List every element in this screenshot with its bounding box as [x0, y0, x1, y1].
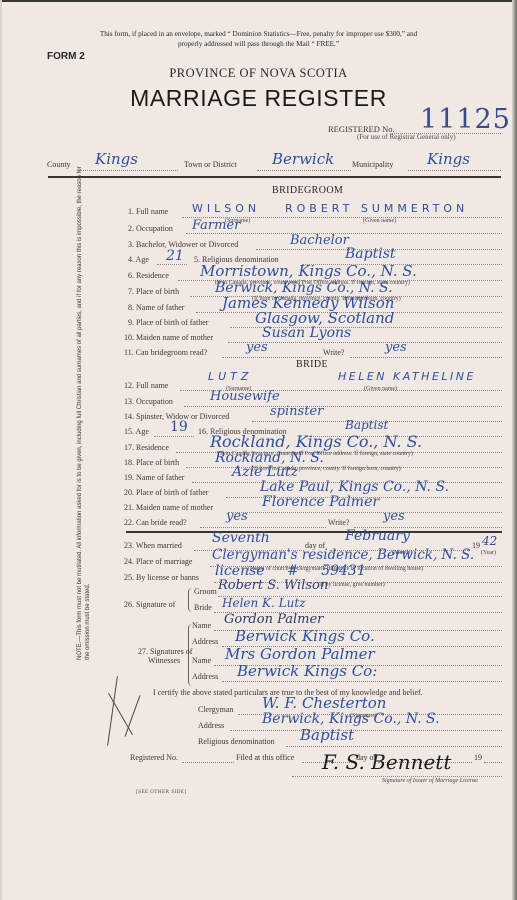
bride-mother-label: 21. Maiden name of mother [124, 503, 213, 512]
groom-read: yes [246, 340, 268, 355]
issuer-signature: F. S. Bennett [322, 750, 451, 774]
bride-occupation-label: 13. Occupation [124, 397, 173, 406]
groom-mother-line [228, 342, 502, 343]
groom-residence-label: 6. Residence [128, 271, 169, 280]
groom-father-birthplace-label: 9. Place of birth of father [128, 318, 208, 327]
bride-father: Azie Lutz [232, 464, 298, 480]
groom-mother: Susan Lyons [262, 325, 351, 341]
bride-residence: Rockland, Kings Co., N. S. [210, 432, 422, 451]
registered-no-value: 11125 [420, 104, 511, 135]
bride-birthplace-label: 18. Place of birth [124, 458, 179, 467]
bride-given-name: HELEN KATHELINE [338, 370, 476, 383]
footer-year-prefix: 19 [474, 753, 482, 762]
clergyman-signature: W. F. Chesterton [262, 694, 386, 712]
footer-registered-no-line [182, 762, 234, 763]
registrar-check-mark-stroke-2 [125, 695, 141, 737]
license-number: license # 59431 [215, 563, 366, 579]
marriage-month: February [345, 528, 410, 544]
bride-father-birthplace-label: 20. Place of birth of father [124, 488, 208, 497]
bride-mother: Florence Palmer [262, 494, 379, 510]
bride-status: spinster [270, 404, 323, 419]
groom-full-name-label: 1. Full name [128, 207, 168, 216]
clergyman-religion-label: Religious denomination [198, 737, 275, 746]
signature-of-label: 26. Signature of [124, 600, 175, 609]
bride-age: 19 [170, 419, 188, 435]
groom-write-line [350, 357, 502, 358]
mail-notice-line2: properly addressed will pass through the… [0, 39, 517, 49]
scan-edge-top [0, 0, 517, 2]
when-married-label: 23. When married [124, 541, 182, 550]
marriage-day: Seventh [212, 530, 270, 546]
witness1-address-label: Address [192, 637, 218, 646]
groom-write: yes [385, 340, 407, 355]
bride-signature: Helen K. Lutz [222, 596, 305, 610]
bride-residence-label: 17. Residence [124, 443, 169, 452]
groom-occupation-label: 2. Occupation [128, 224, 173, 233]
clergyman-address-label: Address [198, 721, 224, 730]
marriage-year: 42 [482, 534, 497, 548]
town-label: Town or District [184, 160, 237, 169]
groom-father-label: 8. Name of father [128, 303, 184, 312]
groom-write-label: Write? [323, 348, 344, 357]
issuer-caption: Signature of Issuer of Marriage License [382, 778, 478, 784]
clergyman-address-line [230, 730, 502, 731]
witness2-name: Mrs Gordon Palmer [225, 645, 375, 663]
groom-given-name: ROBERT SUMMERTON [285, 202, 468, 215]
groom-given-caption: (Given name) [363, 218, 396, 224]
bride-full-name-label: 12. Full name [124, 381, 168, 390]
witnesses-label-1: 27. Signatures of [138, 647, 192, 656]
clergyman-religion: Baptist [300, 726, 354, 744]
groom-read-line [222, 357, 322, 358]
witness2-address-label: Address [192, 672, 218, 681]
side-note: NOTE.—This form must not be mutilated. A… [76, 160, 92, 660]
groom-signature-label: Groom [194, 587, 217, 596]
town-line [257, 170, 351, 171]
groom-surname: WILSON [192, 202, 260, 215]
witness1-name-label: Name [192, 621, 211, 630]
groom-signature: Robert S. Wilson [218, 578, 328, 593]
groom-age-label: 4. Age [128, 255, 149, 264]
bride-occupation-line [184, 406, 502, 407]
county-label: County [47, 160, 71, 169]
province-heading: PROVINCE OF NOVA SCOTIA [0, 66, 517, 81]
clergyman-address: Berwick, Kings Co., N. S. [262, 711, 440, 727]
bride-age-line [154, 436, 194, 437]
groom-age: 21 [166, 248, 184, 264]
mail-notice-line1: This form, if placed in an envelope, mar… [0, 29, 517, 39]
year-caption: (Year) [481, 550, 496, 556]
bride-surname: LUTZ [208, 370, 252, 383]
groom-mother-label: 10. Maiden name of mother [124, 333, 213, 342]
town-value: Berwick [272, 150, 334, 168]
groom-occupation: Farmer [192, 218, 240, 233]
municipality-label: Municipality [352, 160, 393, 169]
bride-age-label: 15. Age [124, 427, 149, 436]
scan-edge-left [0, 0, 2, 900]
bridegroom-heading: BRIDEGROOM [272, 185, 343, 196]
witness1-name: Gordon Palmer [224, 612, 323, 627]
municipality-value: Kings [427, 150, 470, 168]
groom-residence: Morristown, Kings Co., N. S. [200, 262, 417, 280]
header-divider [48, 176, 501, 178]
bride-write-label: Write? [328, 518, 349, 527]
bride-given-caption: (Given name) [364, 386, 397, 392]
footer-year-line [484, 762, 502, 763]
bride-heading: BRIDE [296, 359, 328, 370]
county-line [78, 170, 178, 171]
bride-mother-line [228, 512, 502, 513]
bride-read-line [200, 527, 326, 528]
registrar-check-mark [107, 676, 118, 745]
clergyman-label: Clergyman [198, 705, 233, 714]
witness1-address: Berwick Kings Co. [235, 627, 375, 645]
groom-religion: Baptist [345, 246, 396, 262]
signature-brace [188, 588, 193, 612]
clergyman-religion-line [286, 746, 502, 747]
place-of-marriage-label: 24. Place of marriage [124, 557, 192, 566]
bride-read-label: 22. Can bride read? [124, 518, 187, 527]
place-of-marriage: Clergyman's residence, Berwick, N. S. [212, 547, 474, 563]
form-number: FORM 2 [47, 51, 85, 62]
witness2-name-label: Name [192, 656, 211, 665]
groom-status: Bachelor [290, 233, 349, 248]
bride-father-label: 19. Name of father [124, 473, 184, 482]
bride-read: yes [226, 509, 248, 524]
county-value: Kings [95, 150, 138, 168]
groom-birthplace-label: 7. Place of birth [128, 287, 179, 296]
bride-write: yes [383, 509, 405, 524]
filed-label: Filed at this office [236, 753, 294, 762]
issuer-signature-line [292, 776, 502, 777]
footer-registered-no-label: Registered No. [130, 753, 178, 762]
bride-divider [126, 531, 502, 533]
bride-signature-label: Bride [194, 603, 212, 612]
registrar-note: (For use of Registrar General only) [357, 133, 456, 141]
license-label: 25. By license or banns [124, 573, 199, 582]
bride-occupation: Housewife [210, 389, 280, 404]
bride-religion: Baptist [345, 418, 388, 432]
municipality-line [408, 170, 501, 171]
groom-age-line [157, 264, 187, 265]
groom-read-label: 11. Can bridegroom read? [124, 348, 207, 357]
see-other-side: [SEE OTHER SIDE] [136, 790, 187, 795]
marriage-register-document: This form, if placed in an envelope, mar… [0, 0, 517, 900]
bride-father-birthplace: Lake Paul, Kings Co., N. S. [260, 479, 449, 495]
scan-edge-right [512, 0, 517, 900]
witness2-address-line [222, 681, 502, 682]
witnesses-label-2: Witnesses [148, 656, 180, 665]
witness2-address: Berwick Kings Co: [237, 662, 377, 680]
